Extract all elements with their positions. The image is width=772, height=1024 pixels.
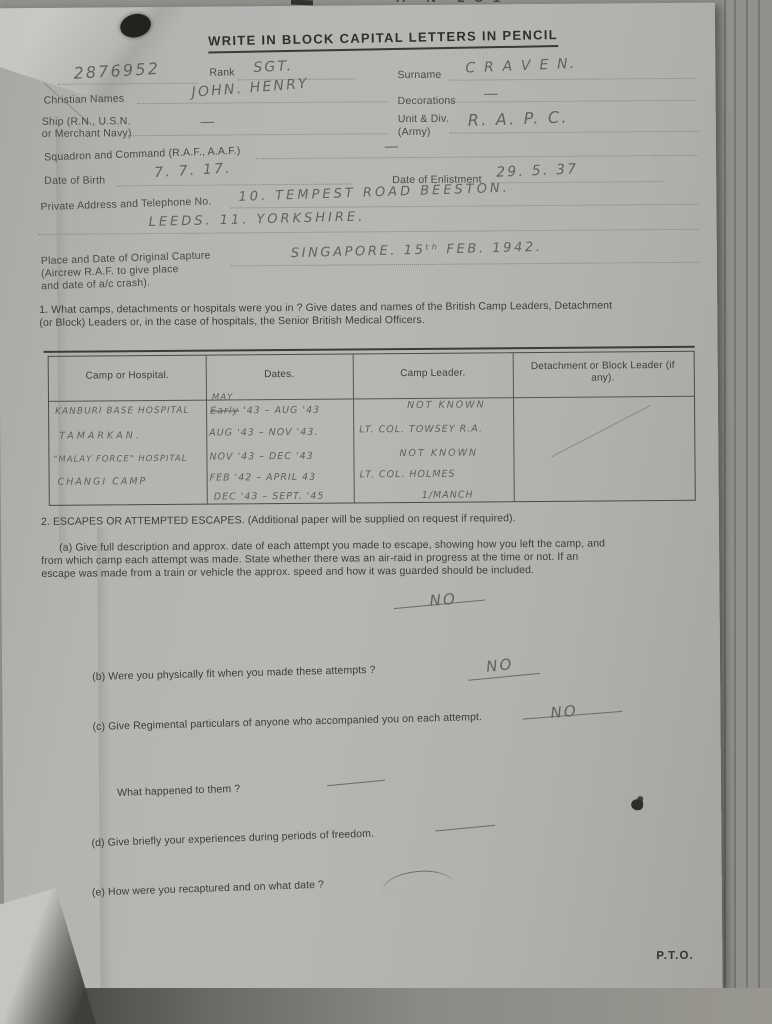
table-header-camp: Camp or Hospital. (49, 370, 206, 382)
table-row-dates: FEB '42 – APRIL 43 (210, 472, 317, 484)
answer-2c: NO (550, 702, 579, 723)
answer-dash (327, 780, 385, 787)
table-row-dates: AUG '43 – NOV '43. (209, 427, 318, 439)
answer-underline (468, 673, 540, 681)
form-instruction-header: WRITE IN BLOCK CAPITAL LETTERS IN PENCIL (208, 27, 558, 53)
capture-value: SINGAPORE. 15ᵗʰ FEB. 1942. (291, 240, 543, 261)
surname-value: C R A V E N. (465, 56, 577, 77)
page-stack-edge (758, 0, 760, 1024)
page-stack-edge (724, 0, 726, 1024)
unit-div-label: Unit & Div. (398, 113, 449, 125)
table-row-leader: LT. COL. TOWSEY R.A. (359, 423, 483, 435)
question-what-happened: What happened to them ? (117, 783, 240, 799)
date-of-birth-label: Date of Birth (44, 174, 105, 186)
unit-div-value: R. A. P. C. (468, 107, 569, 129)
question-2a-line3: escape was made from a train or vehicle … (41, 564, 534, 580)
question-2e: (e) How were you recaptured and on what … (92, 879, 325, 899)
form-page: WRITE IN BLOCK CAPITAL LETTERS IN PENCIL… (0, 3, 723, 995)
table-header-dates: Dates. (206, 368, 353, 380)
date-of-birth-value: 7. 7. 17. (154, 160, 233, 181)
christian-names-value: JOHN. HENRY (191, 76, 309, 101)
page-stack-edge (734, 0, 736, 1024)
page-turn-over-label: P.T.O. (656, 950, 694, 962)
pencil-slash-mark (551, 405, 651, 458)
surname-label: Surname (397, 69, 441, 81)
decorations-value: — (484, 84, 501, 102)
unit-div-label-line2: (Army) (398, 126, 431, 138)
date-of-enlistment-value: 29. 5. 37 (496, 161, 579, 180)
ship-label: Ship (R.N., U.S.N. (42, 115, 131, 128)
answer-dash (435, 825, 495, 832)
ship-value: — (200, 113, 217, 131)
address-value-line2: LEEDS. 11. YORKSHIRE. (148, 209, 365, 229)
table-row-camp: CHANGI CAMP (58, 476, 148, 488)
table-row-leader: LT. COL. HOLMES (360, 469, 456, 481)
table-row-dates: Early '43 – AUG '43 (210, 405, 320, 417)
rank-value: SGT. (253, 58, 294, 76)
table-row-dates: NOV '43 – DEC '43 (209, 451, 313, 463)
rank-label: Rank (209, 66, 234, 78)
table-column-divider (513, 353, 515, 501)
question-1-line1: 1. What camps, detachments or hospitals … (39, 299, 612, 315)
table-row-leader: NOT KNOWN (399, 448, 478, 460)
table-row-camp: KANBURI BASE HOSPITAL (55, 406, 189, 417)
struck-text: Early (210, 405, 239, 416)
table-row-dates-correction: MAY (212, 392, 233, 402)
table-row-leader: NOT KNOWN (407, 399, 486, 411)
ink-blot (637, 796, 643, 802)
scanned-document-background: A N 2O1 WRITE IN BLOCK CAPITAL LETTERS I… (0, 0, 772, 1024)
question-2b: (b) Were you physically fit when you mad… (92, 664, 376, 683)
decorations-label: Decorations (398, 95, 456, 107)
answer-curve-mark (381, 868, 454, 892)
page-stack-edge (746, 0, 748, 1024)
table-header-leader: Camp Leader. (353, 367, 513, 379)
table-row-dates: DEC '43 – SEPT. '45 (214, 491, 325, 503)
question-1-line2: (or Block) Leaders or, in the case of ho… (39, 314, 424, 329)
christian-names-label: Christian Names (43, 93, 124, 107)
table-row-leader: 1/MANCH (422, 490, 474, 501)
vertical-crease (97, 527, 113, 993)
question-2-heading: 2. ESCAPES OR ATTEMPTED ESCAPES. (Additi… (41, 512, 516, 528)
camps-table: Camp or Hospital. Dates. Camp Leader. De… (48, 351, 696, 506)
private-address-label: Private Address and Telephone No. (40, 195, 211, 213)
table-row-camp: "MALAY FORCE" HOSPITAL (53, 454, 187, 465)
capture-label-line3: and date of a/c crash). (41, 277, 150, 293)
question-2c: (c) Give Regimental particulars of anyon… (92, 711, 482, 733)
table-row-camp: TAMARKAN. (59, 430, 142, 442)
table-header-detachment: Detachment or Block Leader (if any). (523, 360, 683, 385)
answer-2a: NO (429, 590, 458, 610)
clipped-line-fragment (291, 0, 313, 5)
question-2d: (d) Give briefly your experiences during… (91, 828, 374, 850)
ship-label-line2: or Merchant Navy) (42, 127, 132, 140)
table-header-divider (49, 396, 694, 402)
bottom-page-shadow (0, 988, 772, 1024)
answer-2b: NO (485, 655, 514, 676)
squadron-value: — (384, 137, 401, 155)
